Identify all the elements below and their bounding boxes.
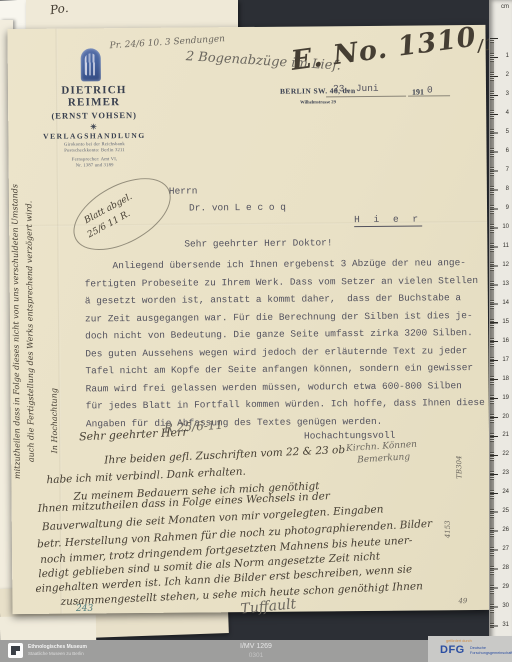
publisher-emblem-icon: [81, 48, 101, 81]
dfg-acronym: DFG: [440, 644, 465, 656]
circled-ink-note: Blatt abgel. 25/6 11 R.: [62, 163, 183, 265]
ruler-number: 25: [502, 508, 509, 514]
ruler-number: 3: [506, 91, 509, 97]
ruler-number: 14: [502, 300, 509, 306]
dfg-pretext: gefördert durch: [446, 639, 472, 643]
ruler-number: 19: [502, 395, 509, 401]
ruler-number: 21: [502, 432, 509, 438]
typed-body-line: ä gesetzt worden ist, anstatt a kommt da…: [85, 292, 461, 306]
ruler-number: 29: [502, 584, 509, 590]
salutation: Sehr geehrter Herr Doktor!: [184, 237, 332, 249]
typed-body-line: Des guten Aussehens wegen wird jedoch de…: [85, 345, 467, 359]
typed-body-line: Anliegend übersende ich Ihnen ergebenst …: [112, 257, 466, 271]
margin-note-line3: In Hochachtung: [49, 366, 62, 476]
recipient-name: Dr. von L e c o q: [189, 202, 286, 214]
reply-side-note2: Bemerkung: [357, 452, 410, 465]
ruler-number: 1: [506, 53, 509, 59]
typed-body-line: doch nicht von Bedeutung. Die ganze Seit…: [85, 327, 473, 341]
ruler-number: 23: [502, 470, 509, 476]
ruler-number: 2: [506, 72, 509, 78]
dateline-day: 23. Juni: [333, 83, 379, 94]
blue-page-number: 243: [76, 604, 93, 614]
vertical-code-1: TB304: [455, 437, 466, 497]
dfg-fullname-1: Deutsche: [470, 646, 486, 650]
ruler-number: 27: [502, 546, 509, 552]
ruler-number: 5: [506, 129, 509, 135]
dateline-underline: [408, 95, 450, 96]
letterhead-name: DIETRICH REIMER: [38, 84, 150, 109]
ruler-number: 17: [502, 357, 509, 363]
typed-body-line: fertigten Probeseite zu Ihrem Werk. Dass…: [85, 275, 478, 289]
registry-number-handwritten: E. No. 1310/10: [289, 18, 509, 80]
reply-draft-line: Ihre beiden gefl. Zuschriften vom 22 & 2…: [104, 444, 345, 467]
letterhead-phone2: Nr. 1387 und 3189: [39, 162, 151, 168]
letterhead-name2: (ERNST VOHSEN): [38, 110, 150, 121]
ruler-number: 9: [506, 205, 509, 211]
ruler-number: 30: [502, 603, 509, 609]
ruler-number: 11: [503, 243, 509, 249]
dfg-fullname-2: Forschungsgemeinschaft: [470, 651, 512, 655]
scanned-letter-page: { "colors": { "backdrop": "#2c2f35", "pa…: [0, 0, 512, 662]
ruler-number: 13: [502, 281, 509, 287]
ruler-number: 20: [502, 414, 509, 420]
letterhead-bank2: Postscheckkonto: Berlin 3211: [38, 147, 150, 153]
recipient-herr: Herrn: [169, 185, 198, 196]
ruler-number: 22: [502, 451, 509, 457]
ruler-number: 26: [502, 527, 509, 533]
typed-body-line: für jedes Blatt in Fortfall kommen würde…: [86, 397, 485, 411]
footer-bar: Ethnologisches Museum Staatliche Museen …: [0, 640, 512, 662]
letter-paper: Pr. 24/6 10. 3 Sendungen 2 Bogenabzüge i…: [7, 25, 490, 614]
ruler-number: 10: [502, 224, 509, 230]
ruler-number: 15: [502, 319, 509, 325]
ruler-unit-label: cm: [501, 4, 509, 10]
typed-body-line: Angaben für die Abfassung des Textes gen…: [86, 415, 383, 429]
ruler-number: 24: [502, 489, 509, 495]
ruler-number: 31: [502, 622, 509, 628]
closing-formula: Hochachtungsvoll: [304, 430, 395, 442]
ruler-number: 7: [506, 167, 509, 173]
recipient-hier: H i e r: [354, 213, 422, 227]
ruler-number: 18: [502, 376, 509, 382]
typed-body-line: Raum wird frei gelassen werden müssen, w…: [86, 380, 462, 394]
paper-bottom-fragment-2: [0, 615, 96, 643]
typed-body-line: zur Zeit ausgegangen war. Für die Berech…: [85, 310, 473, 324]
letterhead-block: DIETRICH REIMER (ERNST VOHSEN) ✳ VERLAGS…: [38, 84, 151, 168]
paper-top-fragment: Po.: [26, 0, 238, 30]
dateline-street: Wilhelmstrasse 29: [300, 99, 336, 104]
pencil-receipt-note: Pr. 24/6 10. 3 Sendungen: [109, 34, 225, 51]
ruler-number: 4: [506, 110, 509, 116]
vertical-code-2: 4153: [444, 499, 455, 559]
dateline-underline: [326, 96, 406, 98]
ruler-number: 6: [506, 148, 509, 154]
po-handwritten-note: Po.: [49, 1, 69, 17]
ruler-number: 16: [502, 338, 509, 344]
ruler-number: 12: [502, 262, 509, 268]
reply-draft-line: habe ich mit verbindl. Dank erhalten.: [46, 466, 246, 487]
ruler-number: 28: [502, 565, 509, 571]
ruler-number: 8: [506, 186, 509, 192]
margin-note-line1: mitzutheilen dass in Folge dieses nicht …: [10, 181, 26, 481]
reply-date-note: R 25/6-11: [164, 418, 224, 436]
margin-note-line2: auch die Fertigstellung des Werks entspr…: [24, 181, 40, 481]
letterhead-bank1: Girokonto bei der Reichsbank: [38, 141, 150, 147]
dfg-logo: gefördert durch DFG Deutsche Forschungsg…: [428, 636, 512, 662]
letterhead-phone1: Fernsprecher: Amt VI,: [39, 156, 151, 162]
pencil-page-mark: 49: [458, 597, 467, 605]
cm-ruler: cm 1234567891011121314151617181920212223…: [489, 0, 512, 640]
typed-body-line: Tafel nicht am Kopfe der Seite anfangen …: [85, 362, 473, 376]
letterhead-name3: ✳ VERLAGSHANDLUNG: [38, 122, 150, 141]
dateline-year-digit: 0: [427, 84, 433, 95]
ruler-cm-ticks: [490, 38, 498, 628]
